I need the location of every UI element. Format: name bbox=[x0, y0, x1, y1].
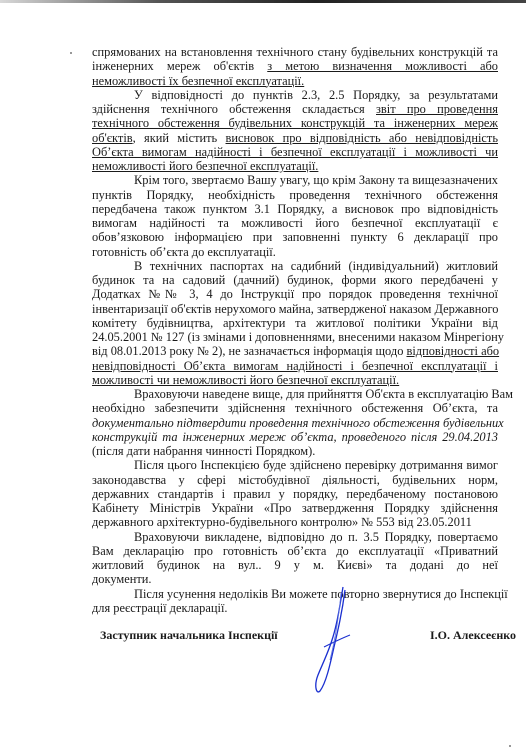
underlined-text: звіт про проведення bbox=[376, 102, 498, 116]
underlined-text: неможливості його безпечної експлуатації… bbox=[92, 159, 318, 173]
text-line: документально підтвердити проведення тех… bbox=[92, 416, 498, 430]
text-line: технічного обстеження будівельних констр… bbox=[92, 116, 498, 130]
underlined-text: висновок про відповідність або невідпові… bbox=[226, 131, 498, 145]
text-line: конструкцій та інженерних мереж об’єкта,… bbox=[92, 430, 498, 444]
text-line: здійснення технічного обстеження складає… bbox=[92, 102, 498, 116]
text-span: , який містить bbox=[133, 131, 226, 145]
italic-text: документально підтвердити проведення тех… bbox=[92, 416, 504, 430]
text-line: вимогам надійності та можливості його бе… bbox=[92, 216, 498, 230]
text-line: державних стандартів і правил у порядку,… bbox=[92, 487, 498, 501]
text-line: об'єктів, який містить висновок про відп… bbox=[92, 131, 498, 145]
text-span: Після цього Інспекцією буде здійснено пе… bbox=[134, 458, 498, 472]
paragraph-p4: В технічних паспортах на садибний (індив… bbox=[92, 259, 498, 387]
text-line: Крім того, звертаємо Вашу увагу, що крім… bbox=[92, 173, 498, 187]
text-line: невідповідності Об’єкта вимогам надійнос… bbox=[92, 359, 498, 373]
underlined-text: можливості чи неможливості його безпечно… bbox=[92, 373, 399, 387]
text-line: житловий будинок на вул.. 9 у м. Києві» … bbox=[92, 558, 498, 572]
text-line: неможливості його безпечної експлуатації… bbox=[92, 159, 498, 173]
text-span: Вам декларацію про готовність об’єкта до… bbox=[92, 544, 498, 558]
text-line: пунктів Порядку, необхідність проведення… bbox=[92, 188, 498, 202]
text-span: Кабінету Міністрів України «Про затвердж… bbox=[92, 501, 498, 515]
paragraph-p6: Після цього Інспекцією буде здійснено пе… bbox=[92, 458, 498, 529]
text-span: спрямованих на встановлення технічного с… bbox=[92, 45, 498, 59]
text-span: житловий будинок на вул.. 9 у м. Києві» … bbox=[92, 558, 498, 572]
text-line: В технічних паспортах на садибний (індив… bbox=[92, 259, 498, 273]
paragraph-p2: У відповідності до пунктів 2.3, 2.5 Поря… bbox=[92, 88, 498, 174]
text-span: пунктів Порядку, необхідність проведення… bbox=[92, 188, 498, 202]
text-span: здійснення технічного обстеження складає… bbox=[92, 102, 376, 116]
text-span: інвентаризації об'єктів нерухомого майна… bbox=[92, 302, 499, 316]
text-span: Враховуючи наведене вище, для прийняття … bbox=[134, 387, 513, 401]
text-span: державних стандартів і правил у порядку,… bbox=[92, 487, 498, 501]
underlined-text: неможливості їх безпечної експлуатації. bbox=[92, 74, 304, 88]
underlined-text: відповідності або bbox=[406, 344, 499, 358]
text-span: Додатках №№ 3, 4 до Інструкції про поряд… bbox=[92, 287, 498, 301]
text-line: Додатках №№ 3, 4 до Інструкції про поряд… bbox=[92, 287, 498, 301]
underlined-text: з метою визначення можливості або bbox=[267, 59, 498, 73]
text-span: Крім того, звертаємо Вашу увагу, що крім… bbox=[134, 173, 498, 187]
text-span: необхідно забезпечити здійснення технічн… bbox=[92, 401, 498, 415]
text-span: інженерних мереж об'єктів bbox=[92, 59, 267, 73]
text-line: документи. bbox=[92, 572, 498, 586]
paragraph-p7: Враховуючи викладене, відповідно до п. 3… bbox=[92, 530, 498, 587]
text-line: Об’єкта вимогам надійності і безпечної е… bbox=[92, 145, 498, 159]
signatory-title: Заступник начальника Інспекції bbox=[100, 628, 278, 643]
underlined-text: технічного обстеження будівельних констр… bbox=[92, 116, 498, 130]
text-line: можливості чи неможливості його безпечно… bbox=[92, 373, 498, 387]
text-line: будинок та на садовий (дачний) будинок, … bbox=[92, 273, 498, 287]
text-span: У відповідності до пунктів 2.3, 2.5 Поря… bbox=[134, 88, 498, 102]
text-span: комітету будівництва, архітектури та жит… bbox=[92, 316, 498, 330]
italic-text: конструкцій та інженерних мереж об’єкта,… bbox=[92, 430, 498, 444]
text-line: інвентаризації об'єктів нерухомого майна… bbox=[92, 302, 498, 316]
text-span: державного архітектурно-будівельного кон… bbox=[92, 515, 472, 529]
text-line: готовність об’єкта до експлуатації. bbox=[92, 245, 498, 259]
scan-speck bbox=[509, 745, 511, 747]
text-span: документи. bbox=[92, 572, 152, 586]
text-span: вимогам надійності та можливості його бе… bbox=[92, 216, 498, 230]
text-line: 24.05.2001 № 127 (із змінами і доповненн… bbox=[92, 330, 498, 344]
text-line: Кабінету Міністрів України «Про затвердж… bbox=[92, 501, 498, 515]
scan-edge bbox=[0, 0, 526, 3]
text-span: обов’язковою інформацією при заповненні … bbox=[92, 230, 498, 244]
text-span: будинок та на садовий (дачний) будинок, … bbox=[92, 273, 498, 287]
text-line: Вам декларацію про готовність об’єкта до… bbox=[92, 544, 498, 558]
text-line: спрямованих на встановлення технічного с… bbox=[92, 45, 498, 59]
text-line: Після усунення недоліків Ви можете повто… bbox=[92, 587, 498, 601]
text-line: неможливості їх безпечної експлуатації. bbox=[92, 74, 498, 88]
document-body: спрямованих на встановлення технічного с… bbox=[92, 45, 498, 615]
text-line: Враховуючи викладене, відповідно до п. 3… bbox=[92, 530, 498, 544]
text-line: для реєстрації декларації. bbox=[92, 601, 498, 615]
text-line: (після дати набрання чинності Порядком). bbox=[92, 444, 498, 458]
underlined-text: Об’єкта вимогам надійності і безпечної е… bbox=[92, 145, 498, 159]
text-span: передбачена також пунктом 3.1 Порядку, а… bbox=[92, 202, 498, 216]
text-line: необхідно забезпечити здійснення технічн… bbox=[92, 401, 498, 415]
text-line: від 08.01.2013 року № 2), не зазначаєтьс… bbox=[92, 344, 498, 358]
paragraph-p3: Крім того, звертаємо Вашу увагу, що крім… bbox=[92, 173, 498, 259]
text-line: Після цього Інспекцією буде здійснено пе… bbox=[92, 458, 498, 472]
text-line: Враховуючи наведене вище, для прийняття … bbox=[92, 387, 498, 401]
scan-speck bbox=[70, 52, 72, 54]
signatory-name: І.О. Алексеєнко bbox=[430, 628, 516, 643]
underlined-text: об'єктів bbox=[92, 131, 133, 145]
text-line: законодавства у сфері містобудівної діял… bbox=[92, 473, 498, 487]
text-line: інженерних мереж об'єктів з метою визнач… bbox=[92, 59, 498, 73]
text-line: У відповідності до пунктів 2.3, 2.5 Поря… bbox=[92, 88, 498, 102]
text-span: від 08.01.2013 року № 2), не зазначаєтьс… bbox=[92, 344, 406, 358]
text-span: В технічних паспортах на садибний (індив… bbox=[134, 259, 498, 273]
underlined-text: невідповідності Об’єкта вимогам надійнос… bbox=[92, 359, 498, 373]
paragraph-p5: Враховуючи наведене вище, для прийняття … bbox=[92, 387, 498, 458]
text-line: комітету будівництва, архітектури та жит… bbox=[92, 316, 498, 330]
text-span: законодавства у сфері містобудівної діял… bbox=[92, 473, 498, 487]
text-line: передбачена також пунктом 3.1 Порядку, а… bbox=[92, 202, 498, 216]
text-span: готовність об’єкта до експлуатації. bbox=[92, 245, 276, 259]
paragraph-p8: Після усунення недоліків Ви можете повто… bbox=[92, 587, 498, 616]
text-line: державного архітектурно-будівельного кон… bbox=[92, 515, 498, 529]
paragraph-p1: спрямованих на встановлення технічного с… bbox=[92, 45, 498, 88]
handwritten-signature-icon bbox=[310, 585, 370, 695]
text-span: для реєстрації декларації. bbox=[92, 601, 228, 615]
text-span: (після дати набрання чинності Порядком). bbox=[92, 444, 315, 458]
text-span: 24.05.2001 № 127 (із змінами і доповненн… bbox=[92, 330, 504, 344]
text-span: Враховуючи викладене, відповідно до п. 3… bbox=[134, 530, 498, 544]
text-line: обов’язковою інформацією при заповненні … bbox=[92, 230, 498, 244]
